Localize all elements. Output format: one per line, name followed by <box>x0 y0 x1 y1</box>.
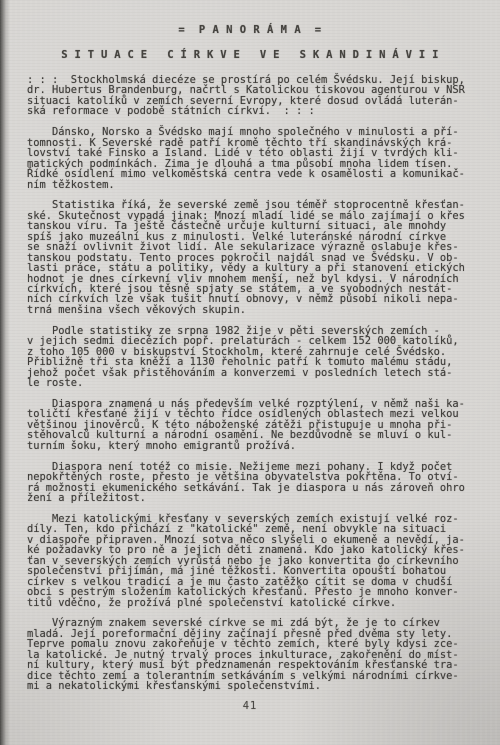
paragraph: Výrazným znakem severské církve se mi zd… <box>27 618 479 691</box>
paragraph: Podle statistiky ze srpna 1982 žije v pě… <box>27 326 479 389</box>
document-title: = P A N O R Á M A = <box>0 24 500 36</box>
scanned-document-page: = P A N O R Á M A = S I T U A C E C Í R … <box>0 0 500 745</box>
page-number: 41 <box>0 700 500 712</box>
document-header: = P A N O R Á M A = S I T U A C E C Í R … <box>0 24 500 61</box>
scan-edge-shadow <box>0 0 10 745</box>
document-subtitle: S I T U A C E C Í R K V E V E S K A N D … <box>0 49 500 61</box>
paragraph: Statistika říká, že severské země jsou t… <box>27 200 479 315</box>
paragraph: : : : Stockholmská diecéze se prostírá p… <box>27 75 479 117</box>
paragraph: Diaspora znamená u nás především velké r… <box>27 399 479 451</box>
document-body: : : : Stockholmská diecéze se prostírá p… <box>27 75 479 702</box>
paragraph: Mezi katolickými křesťany v severských z… <box>27 514 479 608</box>
paragraph: Diaspora není totéž co misie. Nežijeme m… <box>27 462 479 504</box>
paragraph: Dánsko, Norsko a Švédsko mají mnoho spol… <box>27 127 479 190</box>
